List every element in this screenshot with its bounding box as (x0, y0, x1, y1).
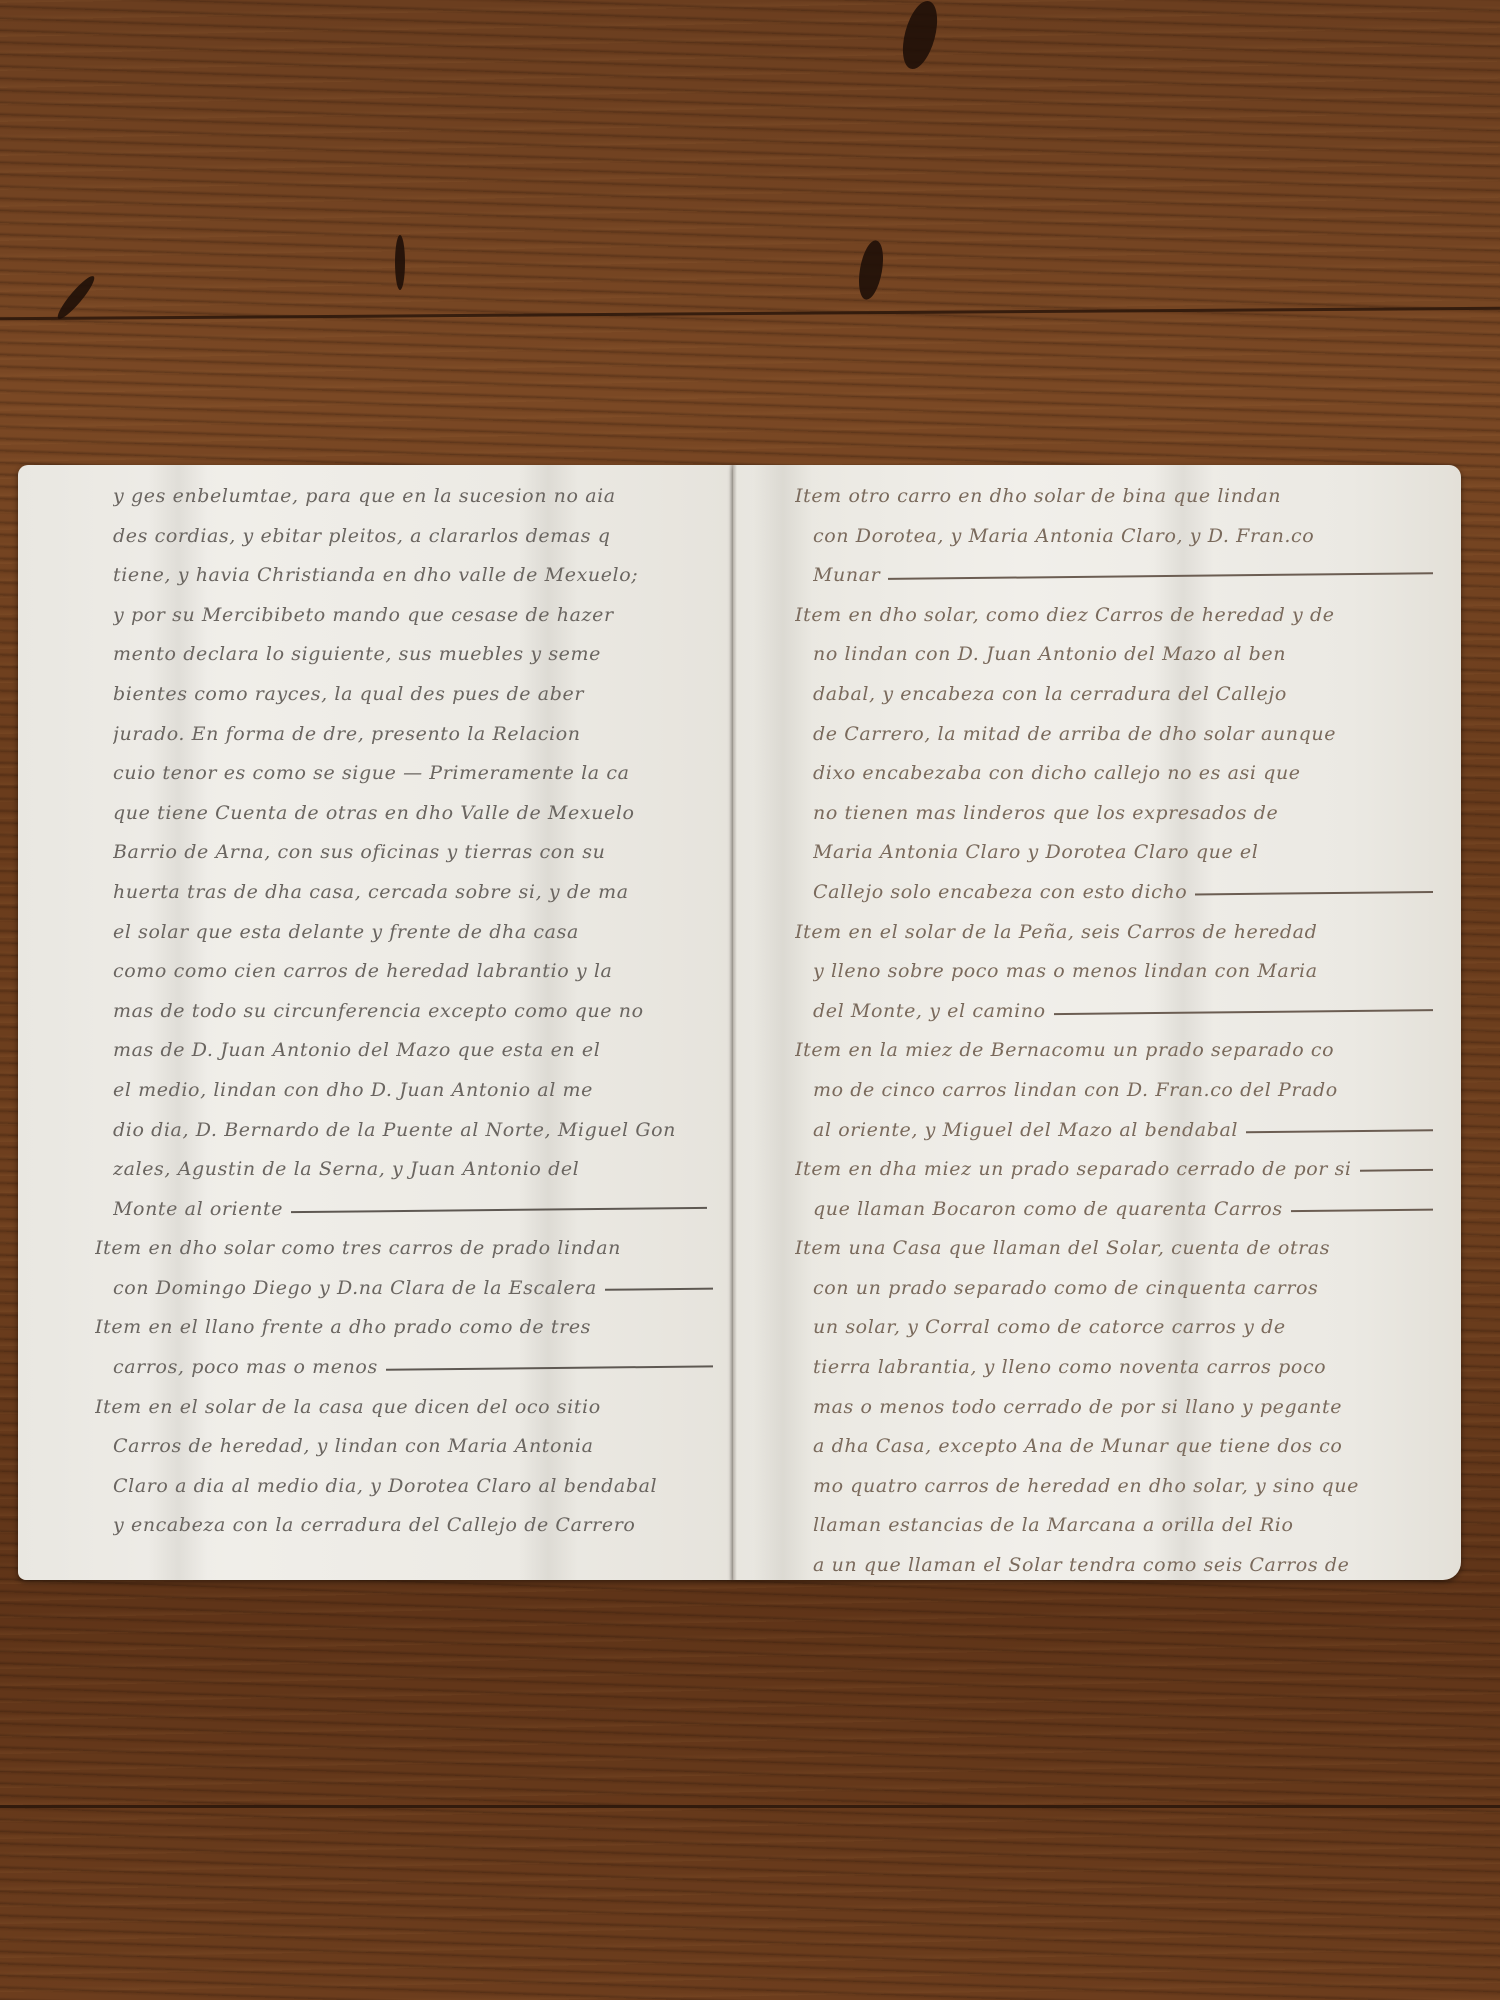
manuscript-line-text: no lindan con D. Juan Antonio del Mazo a… (813, 643, 1286, 665)
manuscript-line: y lleno sobre poco mas o menos lindan co… (813, 952, 1433, 992)
left-page-text: y ges enbelumtae, para que en la sucesio… (113, 477, 713, 1546)
manuscript: y ges enbelumtae, para que en la sucesio… (18, 465, 1476, 1580)
manuscript-line: mas de todo su circunferencia excepto co… (113, 992, 713, 1032)
wood-knot (54, 273, 99, 323)
manuscript-line-text: de Carrero, la mitad de arriba de dho so… (813, 723, 1336, 745)
manuscript-line: de Carrero, la mitad de arriba de dho so… (813, 715, 1433, 755)
manuscript-line: mento declara lo siguiente, sus muebles … (113, 635, 713, 675)
manuscript-line: Item una Casa que llaman del Solar, cuen… (795, 1229, 1433, 1269)
manuscript-line-text: Item en la miez de Bernacomu un prado se… (795, 1039, 1334, 1061)
manuscript-line-text: que llaman Bocaron como de quarenta Carr… (813, 1198, 1283, 1220)
manuscript-line-text: llaman estancias de la Marcana a orilla … (813, 1514, 1294, 1536)
manuscript-line: que tiene Cuenta de otras en dho Valle d… (113, 794, 713, 834)
manuscript-line-text: con un prado separado como de cinquenta … (813, 1277, 1318, 1299)
manuscript-line-text: que tiene Cuenta de otras en dho Valle d… (113, 802, 635, 824)
manuscript-line-text: con Domingo Diego y D.na Clara de la Esc… (113, 1277, 597, 1299)
manuscript-line: dixo encabezaba con dicho callejo no es … (813, 754, 1433, 794)
manuscript-line: jurado. En forma de dre, presento la Rel… (113, 715, 713, 755)
manuscript-line-text: Item en el llano frente a dho prado como… (95, 1316, 591, 1338)
manuscript-line: el solar que esta delante y frente de dh… (113, 913, 713, 953)
manuscript-line: des cordias, y ebitar pleitos, a clararl… (113, 517, 713, 557)
manuscript-line-text: a un que llaman el Solar tendra como sei… (813, 1554, 1349, 1576)
manuscript-line: a dha Casa, excepto Ana de Munar que tie… (813, 1427, 1433, 1467)
manuscript-line-text: Item una Casa que llaman del Solar, cuen… (795, 1237, 1330, 1259)
table-plank-seam-bottom (0, 1805, 1500, 1808)
manuscript-line-text: Item otro carro en dho solar de bina que… (795, 485, 1281, 507)
manuscript-line-text: un solar, y Corral como de catorce carro… (813, 1316, 1286, 1338)
manuscript-line: un solar, y Corral como de catorce carro… (813, 1308, 1433, 1348)
manuscript-line-text: Item en el solar de la Peña, seis Carros… (795, 921, 1317, 943)
manuscript-line-text: Munar (813, 564, 880, 586)
manuscript-line-text: dabal, y encabeza con la cerradura del C… (813, 683, 1287, 705)
manuscript-line: con un prado separado como de cinquenta … (813, 1269, 1433, 1309)
manuscript-line: mo de cinco carros lindan con D. Fran.co… (813, 1071, 1433, 1111)
manuscript-line: Carros de heredad, y lindan con Maria An… (113, 1427, 713, 1467)
manuscript-line-text: mas de todo su circunferencia excepto co… (113, 1000, 644, 1022)
manuscript-line: dabal, y encabeza con la cerradura del C… (813, 675, 1433, 715)
manuscript-line-text: Carros de heredad, y lindan con Maria An… (113, 1435, 594, 1457)
manuscript-line-text: bientes como rayces, la qual des pues de… (113, 683, 584, 705)
manuscript-line-text: Item en el solar de la casa que dicen de… (95, 1396, 601, 1418)
manuscript-line: tiene, y havia Christianda en dho valle … (113, 556, 713, 596)
manuscript-line: Monte al oriente (113, 1190, 713, 1230)
manuscript-line-text: a dha Casa, excepto Ana de Munar que tie… (813, 1435, 1342, 1457)
manuscript-line-text: tierra labrantia, y lleno como noventa c… (813, 1356, 1326, 1378)
manuscript-line-text: y por su Mercibibeto mando que cesase de… (113, 604, 614, 626)
manuscript-line: del Monte, y el camino (813, 992, 1433, 1032)
manuscript-line: carros, poco mas o menos (113, 1348, 713, 1388)
manuscript-line-text: Item en dha miez un prado separado cerra… (795, 1158, 1352, 1180)
manuscript-line: y encabeza con la cerradura del Callejo … (113, 1506, 713, 1546)
manuscript-line: Barrio de Arna, con sus oficinas y tierr… (113, 833, 713, 873)
manuscript-line-text: Callejo solo encabeza con esto dicho (813, 881, 1187, 903)
line-end-rule (605, 1287, 713, 1291)
manuscript-line: Munar (813, 556, 1433, 596)
manuscript-line: a un que llaman el Solar tendra como sei… (813, 1546, 1433, 1586)
manuscript-line: Item en el llano frente a dho prado como… (95, 1308, 713, 1348)
manuscript-line-text: y encabeza con la cerradura del Callejo … (113, 1514, 635, 1536)
manuscript-line-text: des cordias, y ebitar pleitos, a clararl… (113, 525, 610, 547)
manuscript-line-text: carros, poco mas o menos (113, 1356, 378, 1378)
manuscript-line: Item en dho solar como tres carros de pr… (95, 1229, 713, 1269)
manuscript-line-text: mas de D. Juan Antonio del Mazo que esta… (113, 1039, 600, 1061)
manuscript-line-text: tiene, y havia Christianda en dho valle … (113, 564, 638, 586)
manuscript-line: Maria Antonia Claro y Dorotea Claro que … (813, 833, 1433, 873)
right-page: Item otro carro en dho solar de bina que… (733, 465, 1461, 1580)
right-page-text: Item otro carro en dho solar de bina que… (813, 477, 1433, 1586)
manuscript-line: zales, Agustin de la Serna, y Juan Anton… (113, 1150, 713, 1190)
manuscript-line: dio dia, D. Bernardo de la Puente al Nor… (113, 1111, 713, 1151)
wood-knot (395, 235, 405, 290)
manuscript-line-text: Item en dho solar, como diez Carros de h… (795, 604, 1335, 626)
manuscript-line-text: Claro a dia al medio dia, y Dorotea Clar… (113, 1475, 657, 1497)
manuscript-line-text: Barrio de Arna, con sus oficinas y tierr… (113, 841, 605, 863)
table-plank-seam-top (0, 307, 1500, 320)
manuscript-line-text: huerta tras de dha casa, cercada sobre s… (113, 881, 629, 903)
line-end-rule (1246, 1128, 1433, 1132)
manuscript-line-text: y lleno sobre poco mas o menos lindan co… (813, 960, 1318, 982)
line-end-rule (1291, 1208, 1433, 1212)
manuscript-line-text: mo de cinco carros lindan con D. Fran.co… (813, 1079, 1338, 1101)
manuscript-line-text: Monte al oriente (113, 1198, 283, 1220)
manuscript-line-text: del Monte, y el camino (813, 1000, 1046, 1022)
manuscript-line: no lindan con D. Juan Antonio del Mazo a… (813, 635, 1433, 675)
line-end-rule (1054, 1009, 1433, 1015)
manuscript-line: mo quatro carros de heredad en dho solar… (813, 1467, 1433, 1507)
manuscript-line: Item en el solar de la casa que dicen de… (95, 1388, 713, 1428)
manuscript-line-text: dixo encabezaba con dicho callejo no es … (813, 762, 1301, 784)
manuscript-line: al oriente, y Miguel del Mazo al bendaba… (813, 1111, 1433, 1151)
manuscript-line-text: el solar que esta delante y frente de dh… (113, 921, 579, 943)
manuscript-line-text: Maria Antonia Claro y Dorotea Claro que … (813, 841, 1258, 863)
manuscript-line-text: mo quatro carros de heredad en dho solar… (813, 1475, 1359, 1497)
manuscript-line: huerta tras de dha casa, cercada sobre s… (113, 873, 713, 913)
line-end-rule (1195, 890, 1433, 895)
left-page: y ges enbelumtae, para que en la sucesio… (18, 465, 733, 1580)
manuscript-line: Item en dha miez un prado separado cerra… (795, 1150, 1433, 1190)
manuscript-line: llaman estancias de la Marcana a orilla … (813, 1506, 1433, 1546)
manuscript-line: el medio, lindan con dho D. Juan Antonio… (113, 1071, 713, 1111)
manuscript-line: que llaman Bocaron como de quarenta Carr… (813, 1190, 1433, 1230)
manuscript-line-text: cuio tenor es como se sigue — Primeramen… (113, 762, 630, 784)
manuscript-line: cuio tenor es como se sigue — Primeramen… (113, 754, 713, 794)
manuscript-line: bientes como rayces, la qual des pues de… (113, 675, 713, 715)
manuscript-line-text: no tienen mas linderos que los expresado… (813, 802, 1278, 824)
manuscript-line-text: jurado. En forma de dre, presento la Rel… (113, 723, 581, 745)
manuscript-line-text: al oriente, y Miguel del Mazo al bendaba… (813, 1119, 1238, 1141)
manuscript-line: con Domingo Diego y D.na Clara de la Esc… (113, 1269, 713, 1309)
manuscript-line: mas de D. Juan Antonio del Mazo que esta… (113, 1031, 713, 1071)
manuscript-line: Item en el solar de la Peña, seis Carros… (795, 913, 1433, 953)
manuscript-line: Callejo solo encabeza con esto dicho (813, 873, 1433, 913)
manuscript-line: Item en la miez de Bernacomu un prado se… (795, 1031, 1433, 1071)
manuscript-line: y por su Mercibibeto mando que cesase de… (113, 596, 713, 636)
manuscript-line: Item otro carro en dho solar de bina que… (795, 477, 1433, 517)
manuscript-line-text: y ges enbelumtae, para que en la sucesio… (113, 485, 616, 507)
manuscript-line: Item en dho solar, como diez Carros de h… (795, 596, 1433, 636)
manuscript-line: como como cien carros de heredad labrant… (113, 952, 713, 992)
manuscript-line: con Dorotea, y Maria Antonia Claro, y D.… (813, 517, 1433, 557)
manuscript-line-text: el medio, lindan con dho D. Juan Antonio… (113, 1079, 593, 1101)
manuscript-line: no tienen mas linderos que los expresado… (813, 794, 1433, 834)
line-end-rule (291, 1207, 707, 1213)
manuscript-line-text: zales, Agustin de la Serna, y Juan Anton… (113, 1158, 579, 1180)
manuscript-line-text: Item en dho solar como tres carros de pr… (95, 1237, 621, 1259)
line-end-rule (386, 1365, 713, 1371)
manuscript-line-text: con Dorotea, y Maria Antonia Claro, y D.… (813, 525, 1314, 547)
manuscript-line: tierra labrantia, y lleno como noventa c… (813, 1348, 1433, 1388)
manuscript-line-text: mento declara lo siguiente, sus muebles … (113, 643, 601, 665)
manuscript-line: Claro a dia al medio dia, y Dorotea Clar… (113, 1467, 713, 1507)
manuscript-line: y ges enbelumtae, para que en la sucesio… (113, 477, 713, 517)
wood-knot (896, 0, 943, 73)
manuscript-line: mas o menos todo cerrado de por si llano… (813, 1388, 1433, 1428)
manuscript-line-text: dio dia, D. Bernardo de la Puente al Nor… (113, 1119, 676, 1141)
line-end-rule (888, 572, 1433, 580)
line-end-rule (1360, 1168, 1433, 1171)
manuscript-line-text: como como cien carros de heredad labrant… (113, 960, 612, 982)
wood-knot (855, 239, 887, 302)
book-gutter (729, 465, 737, 1580)
manuscript-line-text: mas o menos todo cerrado de por si llano… (813, 1396, 1342, 1418)
